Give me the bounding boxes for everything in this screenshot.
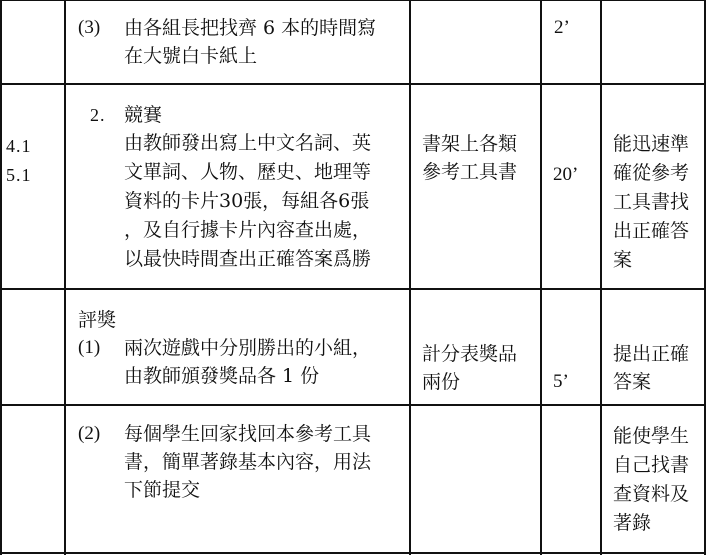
activity-item: (2) 每個學生回家找回本參考工具 書，簡單著錄基本內容，用法 下節提交 <box>78 420 408 504</box>
activity-item: (1) 兩次遊戲中分別勝出的小組， 由教師頒發獎品各 1 份 <box>78 334 408 390</box>
activity-description: 由教師發出寫上中文名詞、英 文單詞、人物、歷史、地理等 資料的卡片30張，每組各… <box>90 129 408 274</box>
col-divider-4 <box>600 0 602 555</box>
item-text: 兩次遊戲中分別勝出的小組， 由教師頒發獎品各 1 份 <box>124 334 371 390</box>
item-text: 每個學生回家找回本參考工具 書，簡單著錄基本內容，用法 下節提交 <box>124 420 371 504</box>
activity-item: (3) 由各組長把找齊 6 本的時間寫 在大號白卡紙上 <box>78 14 408 70</box>
heading-text: 競賽 <box>124 101 162 129</box>
row3-evaluation: 提出正確 答案 <box>613 340 689 396</box>
row3-activity: 評獎 (1) 兩次遊戲中分別勝出的小組， 由教師頒發獎品各 1 份 <box>78 306 408 390</box>
row2-evaluation: 能迅速準 確從參考 工具書找 出正確答 案 <box>613 130 689 275</box>
row4-activity: (2) 每個學生回家找回本參考工具 書，簡單著錄基本內容，用法 下節提交 <box>78 420 408 504</box>
row3-time: 5’ <box>553 368 569 396</box>
row2-objective: 4.1 5.1 <box>6 132 32 190</box>
row1-activity: (3) 由各組長把找齊 6 本的時間寫 在大號白卡紙上 <box>78 14 408 70</box>
activity-heading: 評獎 <box>78 306 408 334</box>
col-divider-left <box>0 0 2 555</box>
item-text: 由各組長把找齊 6 本的時間寫 在大號白卡紙上 <box>124 14 376 70</box>
row2-time: 20’ <box>553 161 578 189</box>
item-number: (1) <box>78 334 124 390</box>
col-divider-3 <box>540 0 542 555</box>
item-number: (3) <box>78 14 124 70</box>
col-divider-2 <box>409 0 411 555</box>
row3-resources: 計分表獎品 兩份 <box>422 340 517 396</box>
row2-resources: 書架上各類 參考工具書 <box>422 130 517 186</box>
lesson-plan-table: (3) 由各組長把找齊 6 本的時間寫 在大號白卡紙上 2’ 4.1 5.1 2… <box>0 0 706 555</box>
row1-time: 2’ <box>554 14 570 42</box>
col-divider-1 <box>64 0 66 555</box>
item-number: (2) <box>78 420 124 504</box>
heading-number: 2. <box>90 101 124 129</box>
activity-heading: 2. 競賽 <box>90 101 408 129</box>
row4-evaluation: 能使學生 自己找書 查資料及 著錄 <box>613 422 689 538</box>
row2-activity: 2. 競賽 由教師發出寫上中文名詞、英 文單詞、人物、歷史、地理等 資料的卡片3… <box>90 101 408 274</box>
